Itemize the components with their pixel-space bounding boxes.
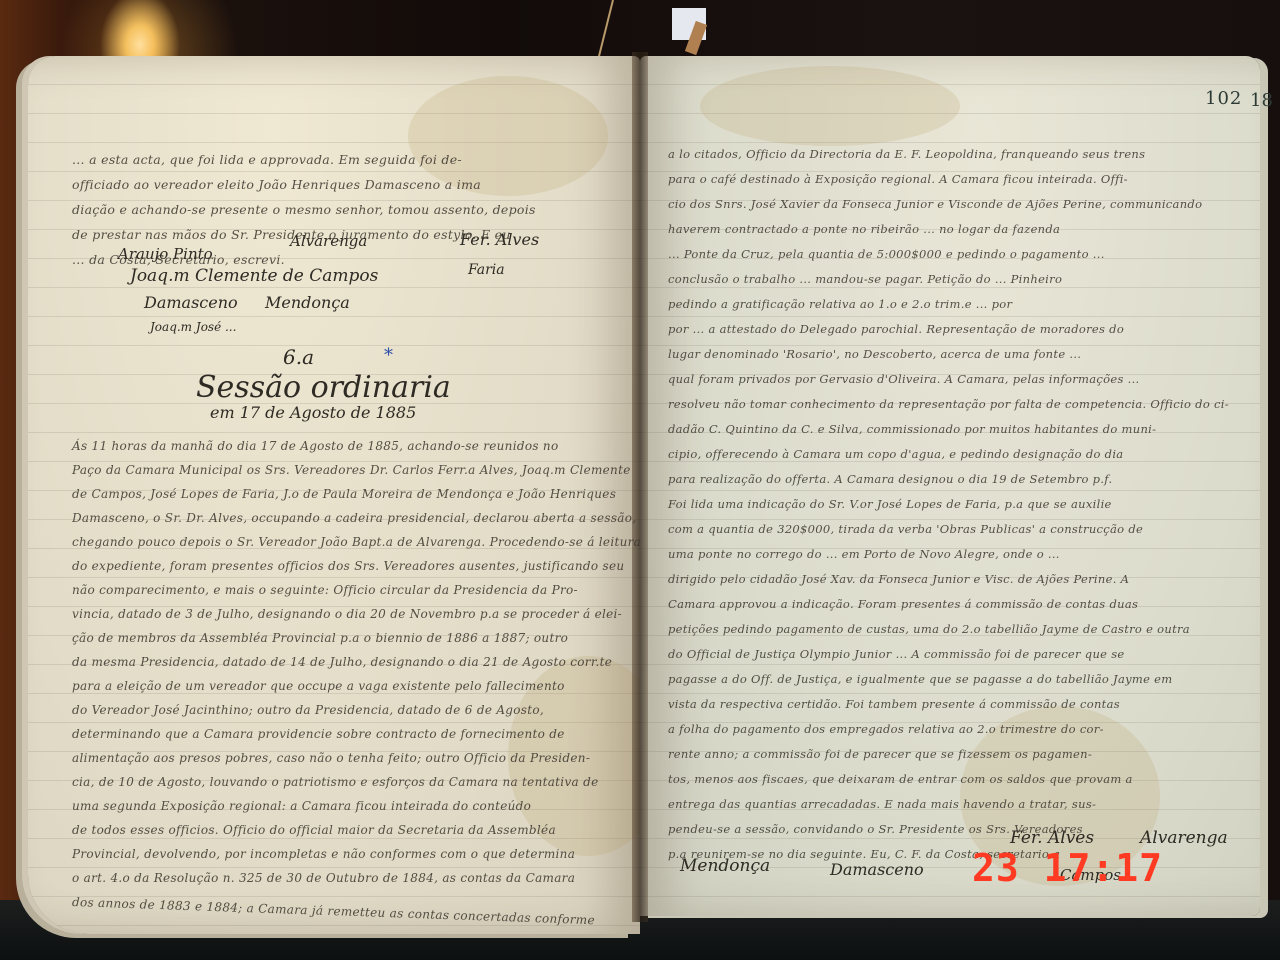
handwritten-line: entrega das quantias arrecadadas. E nada… bbox=[668, 790, 1096, 818]
signature: Faria bbox=[468, 262, 505, 278]
signature: Mendonça bbox=[265, 293, 350, 312]
signature: Mendonça bbox=[680, 856, 770, 876]
session-date: em 17 de Agosto de 1885 bbox=[210, 403, 416, 422]
handwritten-line: a folha do pagamento dos empregados rela… bbox=[668, 715, 1104, 743]
handwritten-line: ... a esta acta, que foi lida e approvad… bbox=[72, 146, 462, 174]
handwritten-line: do Official de Justiça Olympio Junior ..… bbox=[668, 640, 1125, 668]
handwritten-line: por ... a attestado do Delegado parochia… bbox=[668, 315, 1124, 343]
handwritten-line: lugar denominado 'Rosario', no Descobert… bbox=[668, 340, 1081, 368]
handwritten-line: uma ponte no corrego do ... em Porto de … bbox=[668, 540, 1060, 568]
handwritten-line: pagasse a do Off. de Justiça, e igualmen… bbox=[668, 665, 1172, 693]
handwritten-line: petições pedindo pagamento de custas, um… bbox=[668, 615, 1190, 643]
handwritten-line: cio dos Snrs. José Xavier da Fonseca Jun… bbox=[668, 190, 1202, 218]
session-number: 6.a bbox=[283, 345, 314, 369]
handwritten-line: haverem contractado a ponte no ribeirão … bbox=[668, 215, 1060, 243]
handwritten-line: rente anno; a commissão foi de parecer q… bbox=[668, 740, 1092, 768]
signature: Joaq.m José ... bbox=[150, 320, 236, 334]
page-number: 102 bbox=[1205, 88, 1242, 109]
handwritten-line: dadão C. Quintino da C. e Silva, commiss… bbox=[668, 415, 1156, 443]
signature: Fer. Alves bbox=[1010, 828, 1094, 848]
handwritten-line: dirigido pelo cidadão José Xav. da Fonse… bbox=[668, 565, 1129, 593]
signature: Alvarenga bbox=[290, 232, 367, 250]
handwritten-line: para o café destinado à Exposição region… bbox=[668, 165, 1128, 193]
handwritten-line: resolveu não tomar conhecimento da repre… bbox=[668, 390, 1229, 418]
handwritten-line: pedindo a gratificação relativa ao 1.o e… bbox=[668, 290, 1012, 318]
handwritten-line: qual foram privados por Gervasio d'Olive… bbox=[668, 365, 1140, 393]
handwritten-line: vista da respectiva certidão. Foi tambem… bbox=[668, 690, 1120, 718]
handwritten-line: tos, menos aos fiscaes, que deixaram de … bbox=[668, 765, 1133, 793]
asterisk-mark: * bbox=[384, 345, 393, 366]
handwritten-line: Foi lida uma indicação do Sr. V.or José … bbox=[668, 490, 1112, 518]
signature: Joaq.m Clemente de Campos bbox=[130, 266, 378, 286]
signature: Alvarenga bbox=[1140, 828, 1228, 848]
session-title: Sessão ordinaria bbox=[196, 370, 451, 405]
signature: Araujo Pinto bbox=[118, 245, 213, 263]
handwritten-line: conclusão o trabalho ... mandou-se pagar… bbox=[668, 265, 1062, 293]
handwritten-line: com a quantia de 320$000, tirada da verb… bbox=[668, 515, 1143, 543]
handwritten-line: a lo citados, Officio da Directoria da E… bbox=[668, 140, 1145, 168]
handwritten-line: para realização do offerta. A Camara des… bbox=[668, 465, 1112, 493]
paper-stain bbox=[700, 66, 960, 146]
signature: Fer. Alves bbox=[460, 230, 539, 249]
handwritten-line: officiado ao vereador eleito João Henriq… bbox=[72, 171, 481, 199]
next-page-number: 18 bbox=[1250, 90, 1273, 111]
signature: Damasceno bbox=[830, 860, 924, 879]
signature: Damasceno bbox=[144, 293, 238, 312]
handwritten-line: Camara approvou a indicação. Foram prese… bbox=[668, 590, 1138, 618]
handwritten-line: o art. 4.o da Resolução n. 325 de 30 de … bbox=[72, 864, 575, 892]
handwritten-line: ... Ponte da Cruz, pela quantia de 5:000… bbox=[668, 240, 1105, 268]
camera-timestamp: 23 17:17 bbox=[972, 846, 1163, 890]
book-spine bbox=[632, 52, 648, 922]
handwritten-line: diação e achando-se presente o mesmo sen… bbox=[72, 196, 536, 224]
handwritten-line: cipio, offerecendo à Camara um copo d'ag… bbox=[668, 440, 1123, 468]
